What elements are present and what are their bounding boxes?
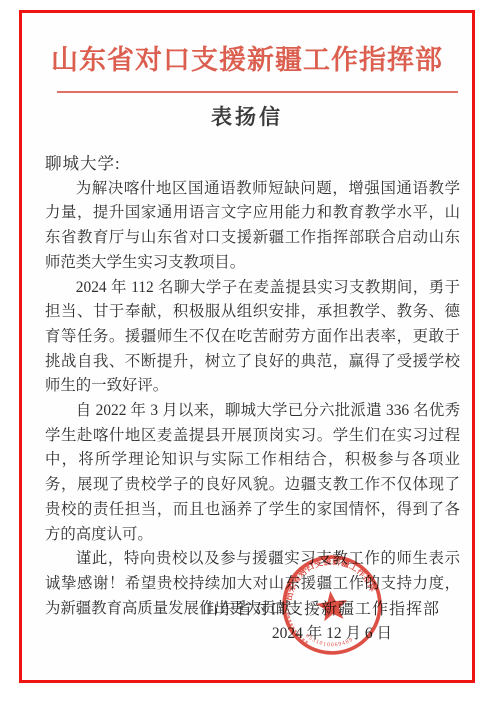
letter-body: 聊城大学: 为解决喀什地区国通语教师短缺问题，增强国通语教学力量，提升国家通用语… — [45, 152, 460, 621]
paragraph-1: 为解决喀什地区国通语教师短缺问题，增强国通语教学力量，提升国家通用语言文字应用能… — [45, 177, 460, 276]
salutation: 聊城大学: — [45, 152, 460, 177]
paragraph-3: 自 2022 年 3 月以来，聊城大学已分六批派遣 336 名优秀学生赴喀什地区… — [45, 399, 460, 547]
letter-page-frame: 山东省对口支援新疆工作指挥部 表扬信 聊城大学: 为解决喀什地区国通语教师短缺问… — [19, 10, 475, 683]
letterhead-rule — [57, 91, 458, 93]
letterhead-title: 山东省对口支援新疆工作指挥部 — [22, 44, 472, 76]
letter-title: 表扬信 — [22, 104, 472, 130]
seal-star-icon — [315, 589, 349, 622]
paragraph-2: 2024 年 112 名聊大学子在麦盖提县实习支教期间，勇于担当、甘于奉献，积极… — [45, 276, 460, 400]
official-seal: 山东省对口支援新疆工作指挥部 6531010069489 — [274, 547, 390, 663]
scanned-letter: 山东省对口支援新疆工作指挥部 表扬信 聊城大学: 为解决喀什地区国通语教师短缺问… — [0, 0, 494, 712]
